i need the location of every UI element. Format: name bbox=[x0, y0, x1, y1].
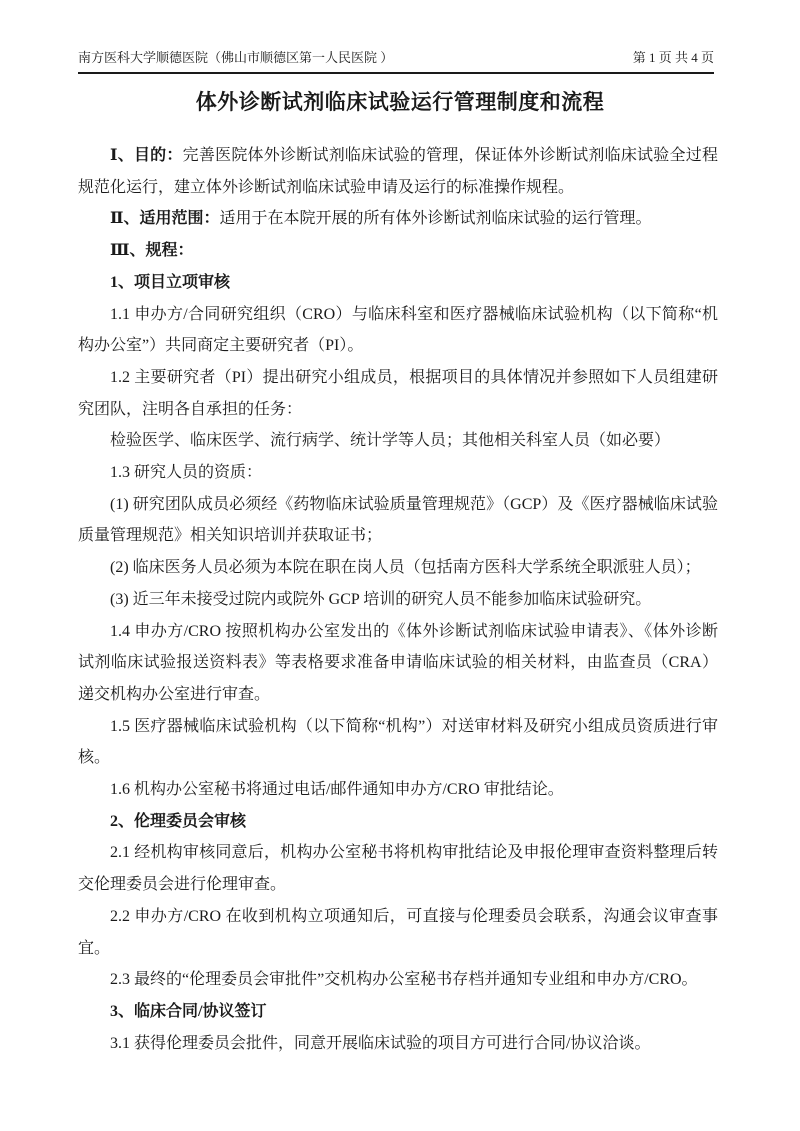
paragraph-text: 适用于在本院开展的所有体外诊断试剂临床试验的运行管理。 bbox=[220, 210, 652, 227]
paragraph-1-6: 1.6 机构办公室秘书将通过电话/邮件通知申办方/CRO 审批结论。 bbox=[78, 774, 718, 806]
paragraph-1-4: 1.4 申办方/CRO 按照机构办公室发出的《体外诊断试剂临床试验申请表》、《体… bbox=[78, 616, 718, 711]
paragraph-1-2: 1.2 主要研究者（PI）提出研究小组成员，根据项目的具体情况并参照如下人员组建… bbox=[78, 362, 718, 425]
paragraph-2-3: 2.3 最终的“伦理委员会审批件”交机构办公室秘书存档并通知专业组和申办方/CR… bbox=[78, 964, 718, 996]
paragraph-scope: Ⅱ、适用范围：适用于在本院开展的所有体外诊断试剂临床试验的运行管理。 bbox=[78, 203, 718, 235]
section-heading-project-approval: 1、项目立项审核 bbox=[78, 267, 718, 299]
document-page: 南方医科大学顺德医院（佛山市顺德区第一人民医院 ） 第 1 页 共 4 页 体外… bbox=[0, 0, 800, 1131]
paragraph-2-2: 2.2 申办方/CRO 在收到机构立项通知后，可直接与伦理委员会联系，沟通会议审… bbox=[78, 901, 718, 964]
paragraph-team-members: 检验医学、临床医学、流行病学、统计学等人员；其他相关科室人员（如必要） bbox=[78, 425, 718, 457]
paragraph-lead: Ⅱ、适用范围： bbox=[110, 210, 220, 227]
header-hospital-name: 南方医科大学顺德医院（佛山市顺德区第一人民医院 ） bbox=[78, 48, 393, 67]
paragraph-qualification-1: (1) 研究团队成员必须经《药物临床试验质量管理规范》（GCP）及《医疗器械临床… bbox=[78, 489, 718, 552]
paragraph-1-3: 1.3 研究人员的资质： bbox=[78, 457, 718, 489]
paragraph-qualification-3: (3) 近三年未接受过院内或院外 GCP 培训的研究人员不能参加临床试验研究。 bbox=[78, 584, 718, 616]
paragraph-3-1: 3.1 获得伦理委员会批件，同意开展临床试验的项目方可进行合同/协议洽谈。 bbox=[78, 1028, 718, 1060]
document-title: 体外诊断试剂临床试验运行管理制度和流程 bbox=[0, 86, 800, 116]
paragraph-lead: Ⅰ、目的： bbox=[110, 147, 183, 164]
paragraph-2-1: 2.1 经机构审核同意后，机构办公室秘书将机构审批结论及申报伦理审查资料整理后转… bbox=[78, 837, 718, 900]
section-heading-contract-signing: 3、临床合同/协议签订 bbox=[78, 996, 718, 1028]
paragraph-qualification-2: (2) 临床医务人员必须为本院在职在岗人员（包括南方医科大学系统全职派驻人员）； bbox=[78, 552, 718, 584]
paragraph-1-1: 1.1 申办方/合同研究组织（CRO）与临床科室和医疗器械临床试验机构（以下简称… bbox=[78, 299, 718, 362]
paragraph-1-5: 1.5 医疗器械临床试验机构（以下简称“机构”）对送审材料及研究小组成员资质进行… bbox=[78, 711, 718, 774]
paragraph-purpose: Ⅰ、目的：完善医院体外诊断试剂临床试验的管理，保证体外诊断试剂临床试验全过程规范… bbox=[78, 140, 718, 203]
section-heading-ethics-review: 2、伦理委员会审核 bbox=[78, 806, 718, 838]
document-body: Ⅰ、目的：完善医院体外诊断试剂临床试验的管理，保证体外诊断试剂临床试验全过程规范… bbox=[78, 140, 718, 1059]
section-heading-procedures: Ⅲ、规程： bbox=[78, 235, 718, 267]
page-header: 南方医科大学顺德医院（佛山市顺德区第一人民医院 ） 第 1 页 共 4 页 bbox=[78, 48, 714, 74]
header-page-number: 第 1 页 共 4 页 bbox=[633, 48, 714, 67]
